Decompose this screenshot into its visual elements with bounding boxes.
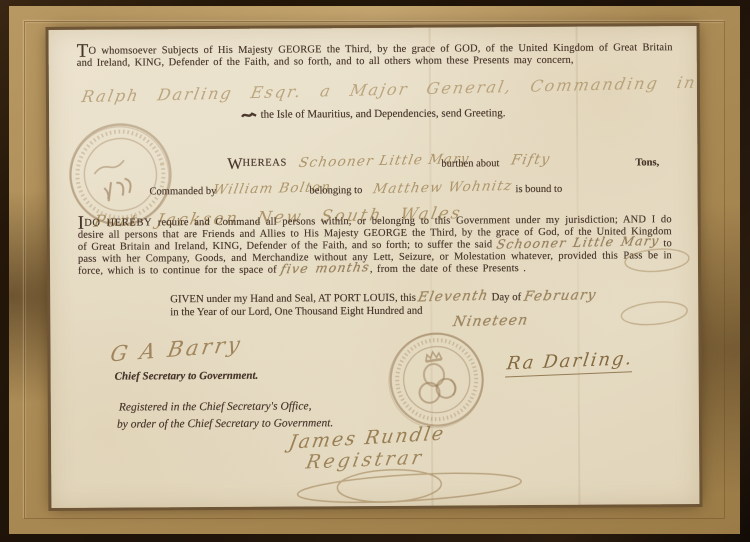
day-handwritten: Eleventh: [417, 290, 490, 305]
preamble-paragraph: TO whomsoever Subjects of His Majesty GE…: [77, 42, 673, 69]
owner-handwritten: Matthew Wohnitz: [372, 178, 514, 197]
month-handwritten: February: [523, 289, 598, 304]
document-paper: TO whomsoever Subjects of His Majesty GE…: [49, 26, 700, 508]
ink-oval-flourish-icon: [622, 246, 692, 274]
hereby-paragraph: IDO HEREBY require and Command all perso…: [78, 214, 672, 278]
whereas-label: WHEREAS: [227, 158, 287, 169]
secretary-title: Chief Secretary to Government.: [115, 370, 259, 383]
whereas-rest: HEREAS: [242, 158, 287, 169]
pen-mark-icon: [241, 111, 257, 120]
preamble-text: O whomsoever Subjects of His Majesty GEO…: [77, 42, 673, 69]
given-line2: in the Year of our Lord, One Thousand Ei…: [170, 303, 692, 319]
given-line1-b: Day of: [489, 291, 524, 303]
whereas-initial: W: [227, 156, 242, 173]
hereby-part3: , from the date of these Presents .: [370, 263, 526, 275]
bound-label: is bound to: [515, 184, 562, 195]
hereby-lead: DO HEREBY: [84, 217, 158, 228]
given-line1-a: GIVEN under my Hand and Seal, AT PORT LO…: [170, 292, 419, 306]
greeting-line: the Isle of Mauritius, and Dependencies,…: [261, 107, 506, 120]
tons-label: Tons,: [635, 157, 659, 168]
tonnage-handwritten: Fifty: [510, 152, 552, 169]
governor-signature-handwritten: Ra Darling.: [505, 348, 635, 377]
burthen-label: burthen about: [441, 158, 499, 169]
registered-line2: by order of the Chief Secretary to Gover…: [117, 417, 333, 430]
ink-oval-flourish-icon: [618, 299, 690, 327]
belonging-label: belonging to: [310, 185, 363, 196]
secretary-signature-handwritten: G A Barry: [109, 332, 245, 366]
duration-handwritten: five months: [281, 267, 370, 269]
royal-cypher-seal-icon: [380, 323, 493, 436]
registered-line1: Registered in the Chief Secretary's Offi…: [119, 400, 312, 413]
commander-line-handwritten: Ralph Darling Esqr. a Major General, Com…: [80, 73, 698, 106]
commanded-label: Commanded by: [150, 186, 217, 197]
hereby-ship-handwritten: Schooner Little Mary: [496, 241, 659, 245]
framed-document-photo: TO whomsoever Subjects of His Majesty GE…: [0, 0, 750, 542]
signature-flourish-icon: [291, 445, 526, 508]
